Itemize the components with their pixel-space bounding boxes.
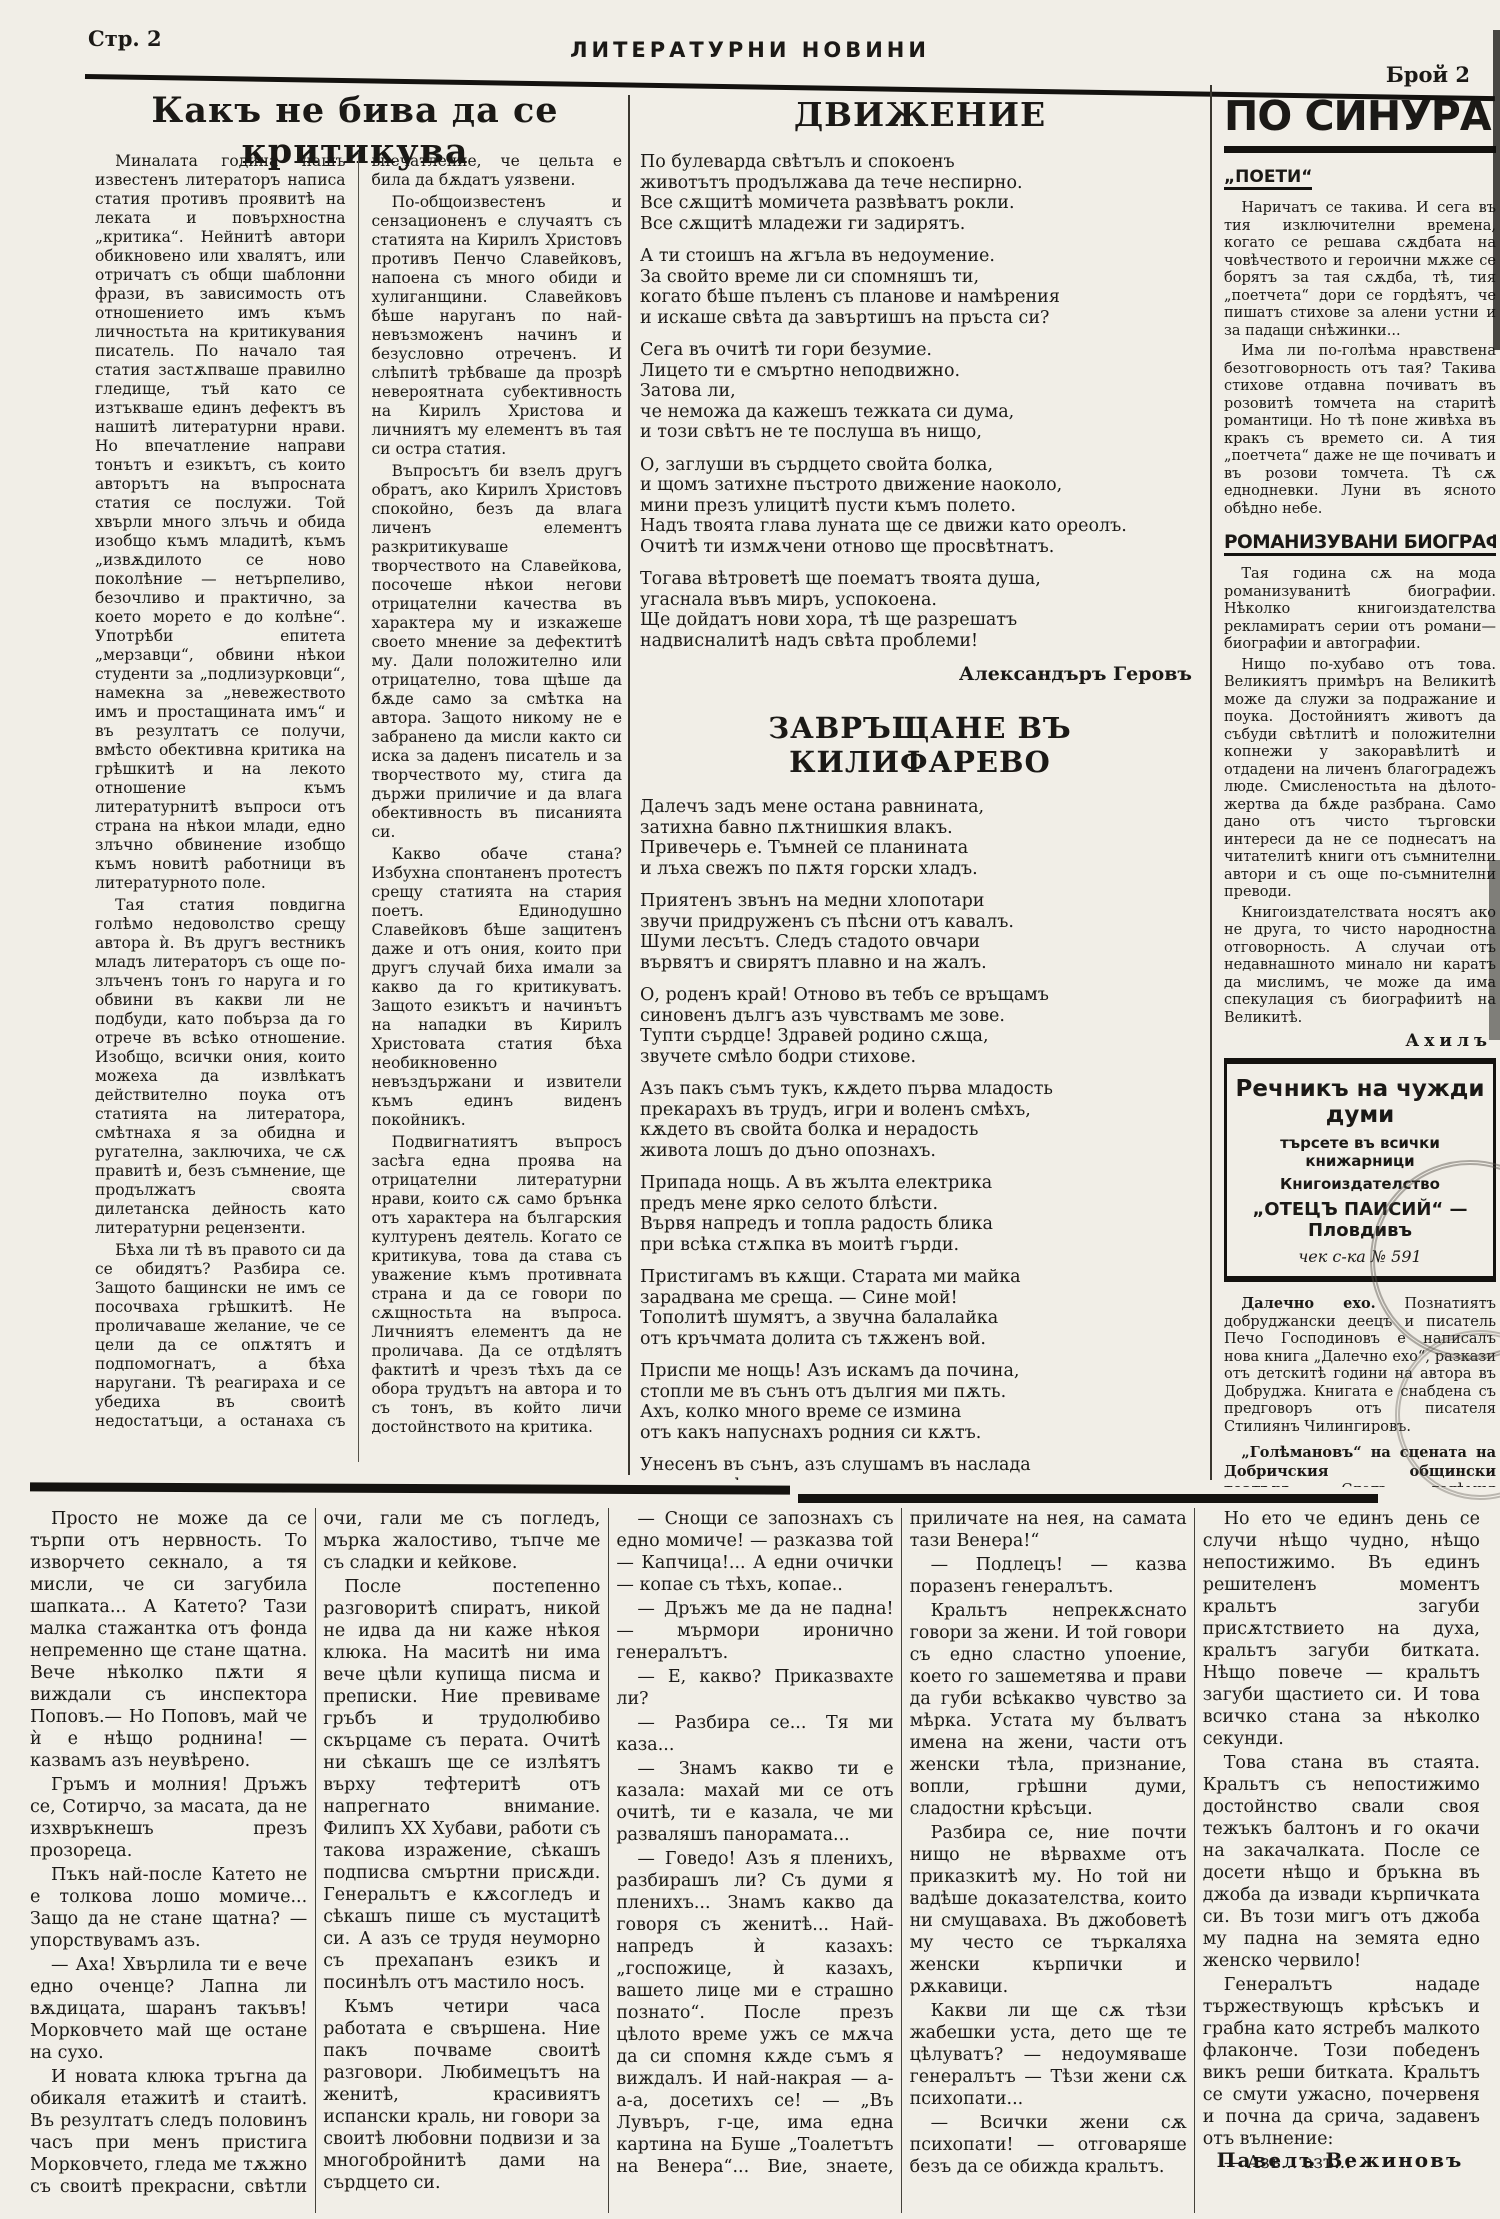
sinura-byline: Ахилъ: [1224, 1031, 1492, 1051]
note-lead: Далечно ехо.: [1241, 1295, 1375, 1312]
paragraph: Книгоиздателствата носятъ ако не друга, …: [1224, 905, 1496, 1028]
paragraph: — Аха! Хвърлила ти е вече едно оченце? Л…: [30, 1954, 307, 2064]
column-divider: [628, 95, 630, 1475]
paragraph: — Снощи се запознахъ съ едно момиче! — р…: [616, 1508, 893, 1596]
paragraph: Разбира се, ние почти нищо не вѣрвахме о…: [910, 1822, 1187, 1998]
paragraph: Генералътъ нададе тържествующъ крѣсъкъ и…: [1203, 1974, 1480, 2150]
poets-paragraphs: Наричатъ се такива. И сега въ тия изключ…: [1224, 200, 1496, 518]
poets-subheading: „ПОЕТИ“: [1224, 167, 1312, 190]
poem-stanzas: Далечъ задъ мене остана равнината,затихн…: [640, 797, 1200, 1480]
biographies-subheading: РОМАНИЗУВАНИ БИОГРАФИИ: [1224, 532, 1496, 556]
poem-byline: Александъръ Геровъ: [640, 663, 1192, 685]
paragraph: Но ето че единъ день се случи нѣщо чудно…: [1203, 1508, 1480, 1750]
paragraph: Пъкъ най-после Катето не е толкова лошо …: [30, 1864, 307, 1952]
stanza: Тогава вѣтроветѣ ще поематъ твоята душа,…: [640, 569, 1200, 651]
paragraph: Подвигнатиятъ въпросъ засѣга една проява…: [372, 1133, 623, 1437]
sinura-heading: ПО СИНУРА: [1224, 92, 1496, 153]
stanza: Приятенъ звънъ на медни хлопотаризвучи п…: [640, 891, 1200, 973]
paragraph: — Разбира се... Тя ми каза...: [616, 1712, 893, 1756]
issue-number-label: Брой 2: [1386, 62, 1470, 87]
stanza: Азъ пакъ съмъ тукъ, кѫдето първа младост…: [640, 1079, 1200, 1161]
feuilleton-byline: Павелъ Вежиновъ: [1210, 2148, 1470, 2172]
paragraph: — Знамъ какво ти е казала: махай ми се о…: [616, 1758, 893, 1846]
poem-stanzas: По булеварда свѣтълъ и спокоенъживотътъ …: [640, 152, 1200, 651]
stanza: Приспи ме нощь! Азъ искамъ да почина,сто…: [640, 1361, 1200, 1443]
paragraph: Миналата година нашъ известенъ литератор…: [95, 152, 346, 893]
poems-column: ДВИЖЕНИЕ По булеварда свѣтълъ и спокоенъ…: [640, 95, 1200, 1480]
paragraph: Гръмъ и молния! Дръжъ се, Сотирчо, за ма…: [30, 1774, 307, 1862]
stanza: По булеварда свѣтълъ и спокоенъживотътъ …: [640, 152, 1200, 234]
paragraph: — Е, какво? Приказвахте ли?: [616, 1666, 893, 1710]
poem-return: ЗАВРЪЩАНЕ ВЪ КИЛИФАРЕВО Далечъ задъ мене…: [640, 711, 1200, 1480]
scan-artifact: [1493, 30, 1500, 350]
ad-title: Речникъ на чужди думи: [1233, 1076, 1487, 1128]
stanza: Припада нощь. А въ жълта електрикапредъ …: [640, 1173, 1200, 1255]
paragraph: Въпросътъ би взелъ другъ обратъ, ако Кир…: [372, 462, 623, 842]
paragraph: Нищо по-хубаво отъ това. Великиятъ примѣ…: [1224, 657, 1496, 902]
paragraph: — Дръжъ ме да не падна! — мърмори иронич…: [616, 1598, 893, 1664]
stanza: Сега въ очитѣ ти гори безумие.Лицето ти …: [640, 340, 1200, 443]
poem-title: ЗАВРЪЩАНЕ ВЪ КИЛИФАРЕВО: [640, 711, 1200, 779]
stanza: Унесенъ въ сънъ, азъ слушамъ въ насладап…: [640, 1455, 1200, 1480]
stanza: Далечъ задъ мене остана равнината,затихн…: [640, 797, 1200, 879]
newspaper-masthead: ЛИТЕРАТУРНИ НОВИНИ: [0, 38, 1500, 62]
stanza: О, заглуши въ сърдцето свойта болка,и що…: [640, 455, 1200, 558]
section-divider: [798, 1494, 1378, 1503]
paragraph: Тая статия повдигна голѣмо недоволство с…: [95, 896, 346, 1238]
stanza: Пристигамъ въ кѫщи. Старата ми майказара…: [640, 1267, 1200, 1349]
paragraph: Какви ли ще сѫ тѣзи жабешки уста, дето щ…: [910, 2000, 1187, 2110]
paragraph: Тая година сѫ на мода романизуванитѣ био…: [1224, 566, 1496, 654]
paragraph: Какво обаче стана? Избухна спонтаненъ пр…: [372, 845, 623, 1130]
paragraph: После постепенно разговоритѣ спиратъ, ни…: [323, 1576, 600, 1994]
paragraph: Наричатъ се такива. И сега въ тия изключ…: [1224, 200, 1496, 340]
biographies-paragraphs: Тая година сѫ на мода романизуванитѣ био…: [1224, 566, 1496, 1027]
column-divider: [1210, 85, 1212, 1480]
poem-title: ДВИЖЕНИЕ: [640, 95, 1200, 134]
paragraph: — Подлецъ! — казва поразенъ генералътъ.: [910, 1554, 1187, 1598]
paragraph: Просто не може да се търпи отъ нервность…: [30, 1508, 307, 1772]
scan-artifact: [1489, 860, 1500, 1040]
article-paragraphs: Миналата година нашъ известенъ литератор…: [95, 152, 622, 1462]
paragraph: По-общоизвестенъ и сензационенъ е случая…: [372, 193, 623, 459]
poem-movement: ДВИЖЕНИЕ По булеварда свѣтълъ и спокоенъ…: [640, 95, 1200, 685]
feuilleton-body: Просто не може да се търпи отъ нервность…: [30, 1508, 1480, 2213]
section-divider: [30, 1482, 790, 1494]
stanza: О, роденъ край! Отново въ тебъ се връщам…: [640, 985, 1200, 1067]
paragraph: Кральтъ непрекѫснато говори за жени. И т…: [910, 1600, 1187, 1820]
newspaper-page: { "header": { "page_label": "Стр. 2", "t…: [0, 0, 1500, 2219]
article-body: Миналата година нашъ известенъ литератор…: [95, 152, 622, 1462]
paragraph: Къмъ четири часа работата е свършена. Ни…: [323, 1996, 600, 2194]
paragraph: — Всички жени сѫ психопати! — отговаряше…: [910, 2112, 1187, 2178]
paragraph: Има ли по-голѣма нравствена безотговорно…: [1224, 343, 1496, 518]
paragraph: Това стана въ стаята. Кральтъ съ непости…: [1203, 1752, 1480, 1972]
stanza: А ти стоишъ на ѫгъла въ недоумение.За св…: [640, 246, 1200, 328]
